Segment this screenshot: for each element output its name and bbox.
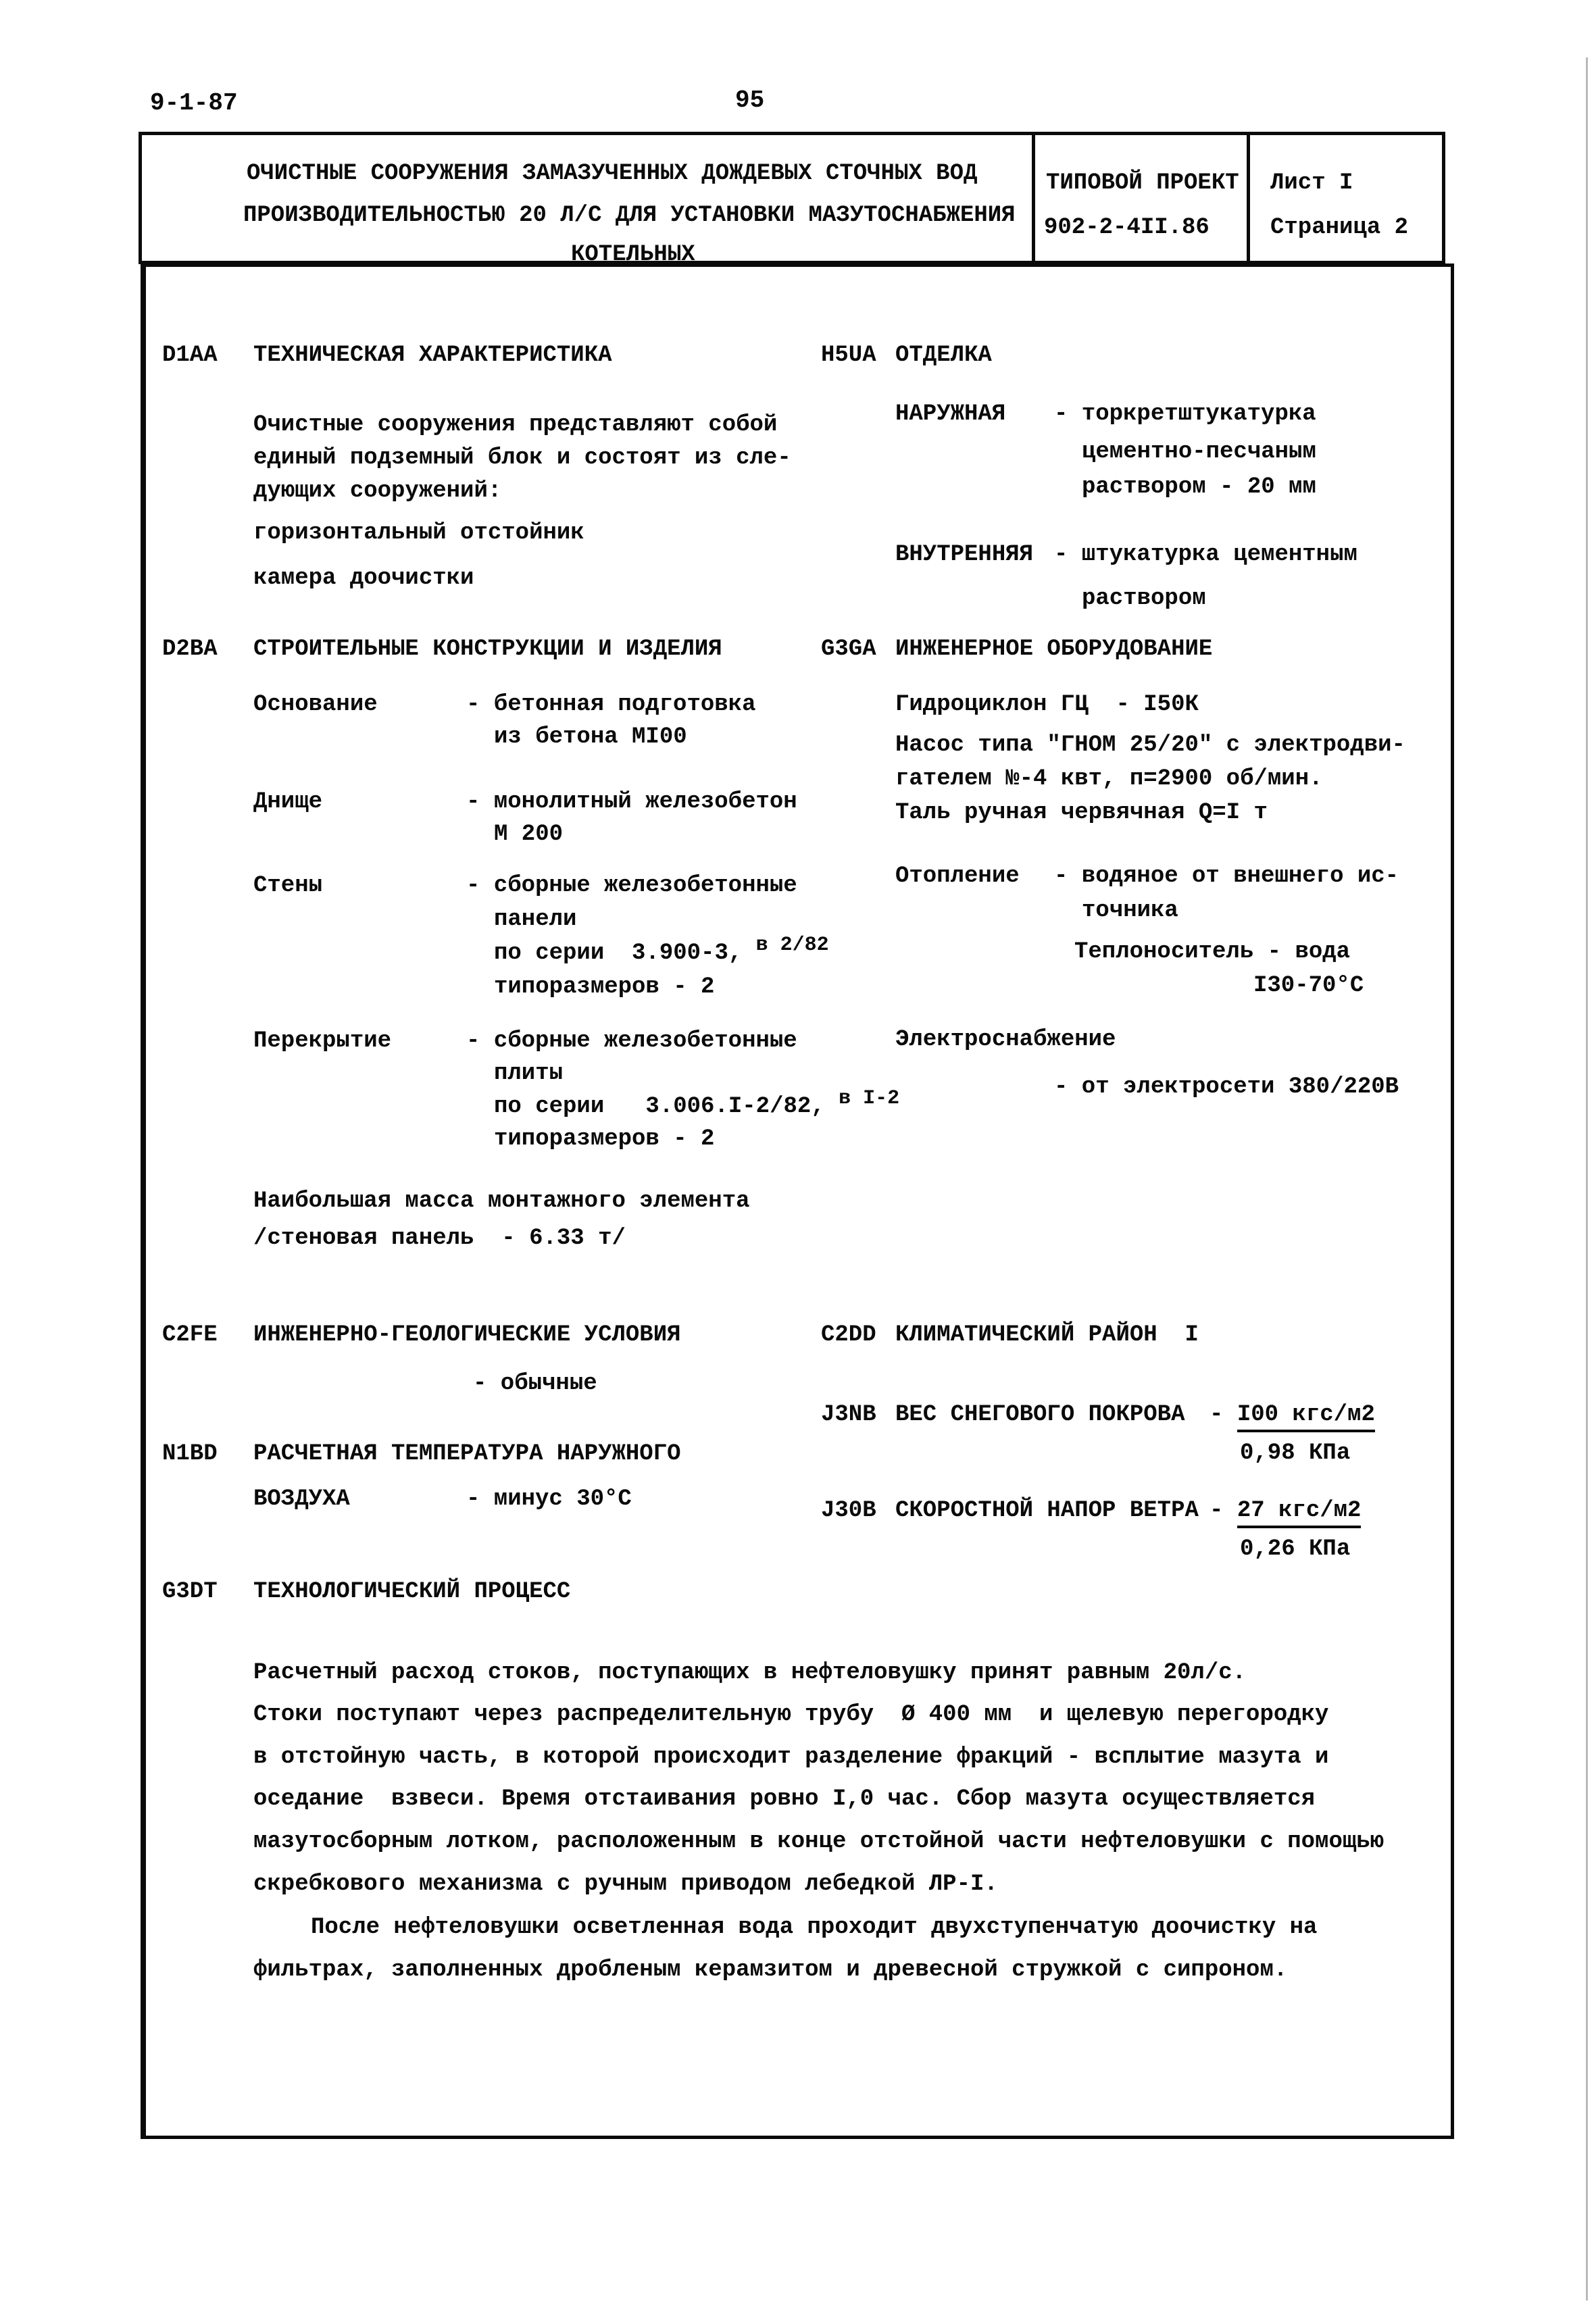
row-label: Отопление [895, 862, 1020, 891]
text-line: гателем №-4 квт, п=2900 об/мин. [895, 765, 1323, 794]
row-value: раствором - 20 мм [1082, 473, 1316, 502]
row-value: - обычные [473, 1369, 597, 1399]
section-title-h5ua: ОТДЕЛКА [895, 341, 992, 370]
header-divider-1 [1032, 132, 1035, 264]
header-divider-2 [1247, 132, 1250, 264]
section-title-c2fe: ИНЖЕНЕРНО-ГЕОЛОГИЧЕСКИЕ УСЛОВИЯ [253, 1321, 681, 1350]
row-value: типоразмеров - 2 [494, 973, 714, 1002]
series-superscript: в I-2 [839, 1087, 899, 1110]
row-value: цементно-песчаным [1082, 438, 1316, 467]
row-value: - I00 кгс/м2 [1210, 1401, 1375, 1430]
row-value: I30-70°С [1253, 972, 1364, 1001]
section-title-j3nb: ВЕС СНЕГОВОГО ПОКРОВА [895, 1401, 1184, 1430]
section-title-g3dt: ТЕХНОЛОГИЧЕСКИЙ ПРОЦЕСС [253, 1578, 570, 1607]
section-code-d1aa: D1AA [162, 341, 218, 370]
row-value: - 27 кгс/м2 [1210, 1496, 1361, 1526]
row-value: - штукатурка цементным [1054, 540, 1357, 570]
dash: - [1210, 1402, 1237, 1428]
row-value: типоразмеров - 2 [494, 1125, 714, 1154]
row-label: Стены [253, 872, 322, 901]
process-line: Стоки поступают через распределительную … [253, 1701, 1328, 1730]
section-code-c2fe: C2FE [162, 1321, 218, 1350]
text-line: единый подземный блок и состоят из сле- [253, 444, 791, 473]
series-text: по серии 3.006.I-2/82, [494, 1094, 839, 1120]
row-label: Основание [253, 690, 378, 720]
process-line: оседание взвеси. Время отстаивания ровно… [253, 1785, 1315, 1814]
process-line: фильтрах, заполненных дробленым керамзит… [253, 1956, 1287, 1985]
row-value: - минус 30°С [466, 1485, 632, 1514]
page-label: Страница 2 [1270, 213, 1408, 243]
row-value: Теплоноситель - вода [1074, 938, 1350, 967]
section-code-j30b: J30B [821, 1496, 876, 1526]
project-label: ТИПОВОЙ ПРОЕКТ [1046, 169, 1239, 198]
row-value: 0,98 КПа [1240, 1439, 1350, 1468]
header-title-line2: ПРОИЗВОДИТЕЛЬНОСТЬЮ 20 Л/С ДЛЯ УСТАНОВКИ… [243, 201, 1016, 230]
row-value: по серии 3.006.I-2/82, в I-2 [494, 1092, 899, 1122]
row-value: из бетона МI00 [494, 723, 687, 752]
row-value: - бетонная подготовка [466, 690, 755, 720]
row-label: Днище [253, 788, 322, 817]
text-line: Гидроциклон ГЦ - I50К [895, 690, 1199, 720]
section-title-g3ga: ИНЖЕНЕРНОЕ ОБОРУДОВАНИЕ [895, 635, 1212, 664]
row-value: - торкретштукатурка [1054, 400, 1316, 429]
dash: - [1210, 1498, 1237, 1524]
row-label: НАРУЖНАЯ [895, 400, 1005, 429]
section-code-h5ua: H5UA [821, 341, 876, 370]
row-label: Электроснабжение [895, 1026, 1116, 1055]
section-code-d2ba: D2BA [162, 635, 218, 664]
document-page: 9-1-87 95 ОЧИСТНЫЕ СООРУЖЕНИЯ ЗАМАЗУЧЕНН… [0, 0, 1596, 2314]
section-code-n1bd: N1BD [162, 1440, 218, 1469]
process-line: скребкового механизма с ручным приводом … [253, 1870, 998, 1899]
section-title-d1aa: ТЕХНИЧЕСКАЯ ХАРАКТЕРИСТИКА [253, 341, 612, 370]
project-number: 902-2-4II.86 [1044, 213, 1210, 243]
text-line: Наибольшая масса монтажного элемента [253, 1187, 750, 1216]
text-line: Очистные сооружения представляют собой [253, 411, 777, 440]
row-value: плиты [494, 1059, 563, 1088]
row-value: - водяное от внешнего ис- [1054, 862, 1399, 891]
row-value: панели [494, 905, 576, 934]
row-value: - сборные железобетонные [466, 1027, 797, 1056]
section-title-n1bd: РАСЧЕТНАЯ ТЕМПЕРАТУРА НАРУЖНОГО [253, 1440, 681, 1469]
row-value: - сборные железобетонные [466, 872, 797, 901]
row-value: - от электросети 380/220В [1054, 1073, 1399, 1102]
scan-edge-line [1586, 57, 1588, 2300]
section-code-g3ga: G3GA [821, 635, 876, 664]
series-superscript: в 2/82 [756, 934, 829, 957]
text-line: камера доочистки [253, 564, 474, 593]
section-code-g3dt: G3DT [162, 1578, 218, 1607]
row-value: М 200 [494, 820, 563, 849]
series-text: по серии 3.900-3, [494, 940, 756, 966]
header-title-line1: ОЧИСТНЫЕ СООРУЖЕНИЯ ЗАМАЗУЧЕННЫХ ДОЖДЕВЫ… [247, 159, 977, 188]
sheet-label: Лист I [1270, 169, 1353, 198]
text-line: Таль ручная червячная Q=I т [895, 799, 1268, 828]
process-line: После нефтеловушки осветленная вода прох… [311, 1913, 1317, 1942]
text-line: /стеновая панель - 6.33 т/ [253, 1224, 626, 1253]
section-title-n1bd-2: ВОЗДУХА [253, 1485, 350, 1514]
underlined-value: 27 кгс/м2 [1237, 1498, 1362, 1528]
process-line: мазутосборным лотком, расположенным в ко… [253, 1828, 1384, 1857]
row-value: по серии 3.900-3, в 2/82 [494, 939, 829, 968]
row-value: - монолитный железобетон [466, 788, 797, 817]
page-number: 95 [735, 85, 764, 116]
text-line: дующих сооружений: [253, 477, 501, 506]
section-title-j30b: СКОРОСТНОЙ НАПОР ВЕТРА [895, 1496, 1199, 1526]
row-label: Перекрытие [253, 1027, 391, 1056]
section-title-d2ba: СТРОИТЕЛЬНЫЕ КОНСТРУКЦИИ И ИЗДЕЛИЯ [253, 635, 722, 664]
section-code-c2dd: C2DD [821, 1321, 876, 1350]
date-code: 9-1-87 [150, 88, 238, 118]
row-value: 0,26 КПа [1240, 1535, 1350, 1564]
underlined-value: I00 кгс/м2 [1237, 1402, 1375, 1432]
process-line: в отстойную часть, в которой происходит … [253, 1743, 1328, 1772]
row-value: раствором [1082, 584, 1206, 613]
text-line: горизонтальный отстойник [253, 519, 584, 548]
section-code-j3nb: J3NB [821, 1401, 876, 1430]
text-line: Насос типа "ГНОМ 25/20" с электродви- [895, 731, 1405, 760]
row-label: ВНУТРЕННЯЯ [895, 540, 1033, 570]
process-line: Расчетный расход стоков, поступающих в н… [253, 1659, 1246, 1688]
section-title-c2dd: КЛИМАТИЧЕСКИЙ РАЙОН I [895, 1321, 1199, 1350]
row-value: точника [1082, 897, 1178, 926]
